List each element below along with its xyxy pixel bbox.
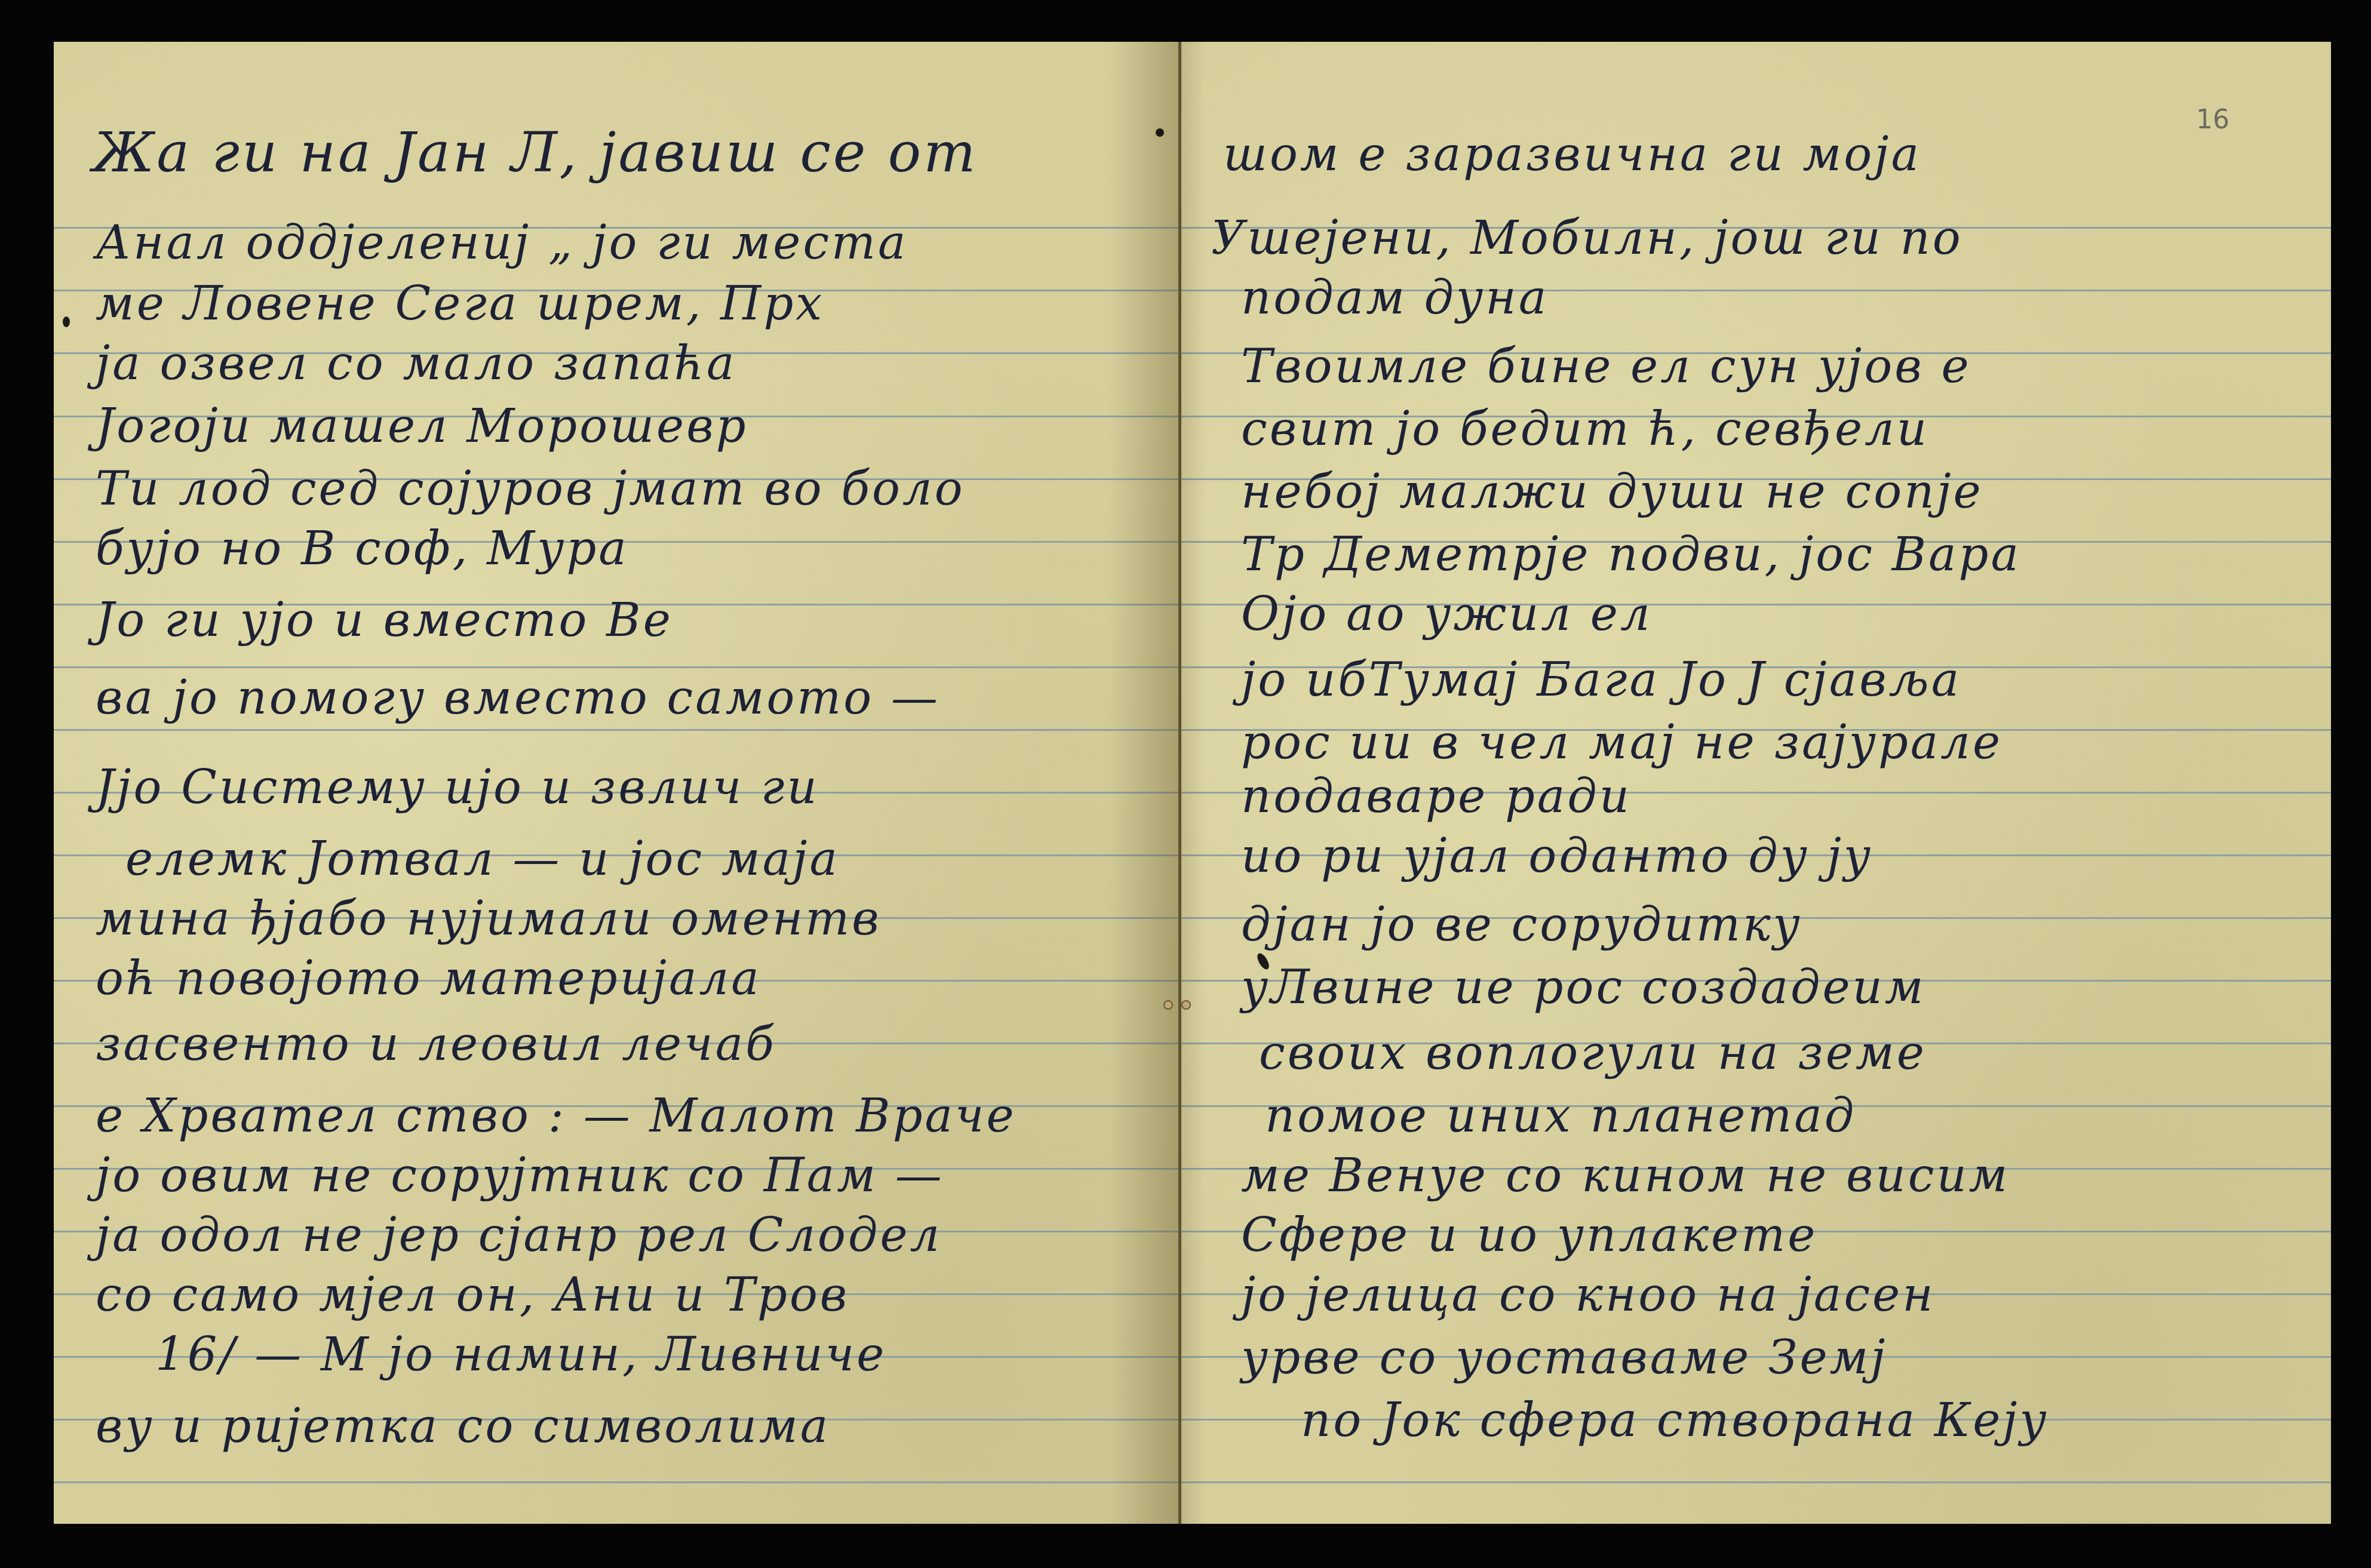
handwritten-line: Јо ги ујо и вместо Ве xyxy=(96,597,673,644)
handwritten-line: шом е заразвична ги моја xyxy=(1223,131,1921,178)
handwritten-line: со само мјел он, Ани и Тров xyxy=(96,1272,849,1318)
handwritten-line: бујо но В соф, Мура xyxy=(96,525,629,572)
handwritten-line: Сфере и ио уплакете xyxy=(1241,1212,1817,1259)
left-page: Жа ги на Јан Л, јавиш се от Анал оддјеле… xyxy=(54,42,1180,1524)
handwritten-line: урве со уоставаме Земј xyxy=(1241,1335,1887,1381)
handwritten-line: ме Ловене Сега шрем, Прх xyxy=(96,281,824,327)
handwritten-line: ио ри ујал оданто ду ју xyxy=(1241,833,1873,880)
right-page: шом е заразвична ги моја Ушејени, Мобилн… xyxy=(1181,42,2331,1524)
handwritten-line: оћ повојото материјала xyxy=(96,955,761,1002)
gutter-shadow xyxy=(1181,42,1205,1524)
handwritten-line: мина ђјабо нујимали оментв xyxy=(96,896,882,942)
handwritten-line: подам дуна xyxy=(1241,275,1549,321)
handwritten-line: подаваре ради xyxy=(1241,773,1632,820)
handwritten-text: Жа ги на Јан Л, јавиш се от Анал оддјеле… xyxy=(54,42,1180,1524)
handwritten-line: Жа ги на Јан Л, јавиш се от xyxy=(93,125,978,180)
handwritten-line: уЛвине ие рос создадеим xyxy=(1241,964,1926,1011)
page-number: 16 xyxy=(2196,104,2229,135)
ink-mark xyxy=(63,316,70,327)
handwritten-line: Твоимле бине ел сун ујов е xyxy=(1241,343,1971,390)
gutter-shadow xyxy=(1108,42,1180,1524)
handwritten-line: јо овим не сорујтник со Пам — xyxy=(96,1152,944,1199)
handwritten-line: елемк Јотвал — и јос маја xyxy=(125,836,840,883)
handwritten-line: Ти лод сед сојуров јмат во боло xyxy=(96,466,965,512)
handwritten-line: Тр Деметрје подви, јос Вара xyxy=(1241,531,2021,578)
staple-hole xyxy=(1181,1000,1191,1010)
handwritten-line: е Хрвател ство : — Малот Враче xyxy=(96,1093,1016,1139)
handwritten-line: ва јо помогу вместо самото — xyxy=(96,675,940,721)
handwritten-line: јо ибТумај Бага Јо Ј сјавља xyxy=(1241,657,1961,703)
staple-hole xyxy=(1163,1000,1173,1010)
handwritten-line: ја одол не јер сјанр рел Слодел xyxy=(96,1212,942,1259)
handwritten-line: 16/ — М јо намин, Ливниче xyxy=(155,1332,887,1378)
handwritten-line: Ушејени, Мобилн, још ги по xyxy=(1211,215,1963,262)
ink-mark xyxy=(1156,128,1164,137)
handwritten-line: помое иних планетад xyxy=(1265,1093,1856,1139)
handwritten-line: Ојо ао ужил ел xyxy=(1241,591,1653,638)
handwritten-line: ја озвел со мало запаћа xyxy=(96,340,737,387)
handwritten-text: шом е заразвична ги моја Ушејени, Мобилн… xyxy=(1181,42,2331,1524)
handwritten-line: свит јо бедит ћ, севђели xyxy=(1241,406,1929,453)
handwritten-line: своих воплогули на земе xyxy=(1259,1030,1927,1077)
handwritten-line: ву и ријетка со символима xyxy=(96,1403,830,1450)
handwritten-line: ме Венуе со кином не висим xyxy=(1241,1152,2010,1199)
handwritten-line: Јогоји машел Морошевр xyxy=(96,403,748,450)
handwritten-line: Јјо Систему ијо и звлич ги xyxy=(96,764,819,811)
handwritten-line: јо јелица со кноо на јасен xyxy=(1241,1272,1936,1318)
handwritten-line: засвенто и леовил лечаб xyxy=(96,1021,776,1068)
handwritten-line: рос ии в чел мај не зајурале xyxy=(1241,720,2003,766)
handwritten-line: Анал оддјелениј „ јо ги места xyxy=(96,220,908,266)
handwritten-line: небој малжи души не сопје xyxy=(1241,469,1983,515)
handwritten-line: по Јок сфера створана Кеју xyxy=(1301,1397,2049,1444)
handwritten-line: дјан јо ве сорудитку xyxy=(1241,902,1802,948)
